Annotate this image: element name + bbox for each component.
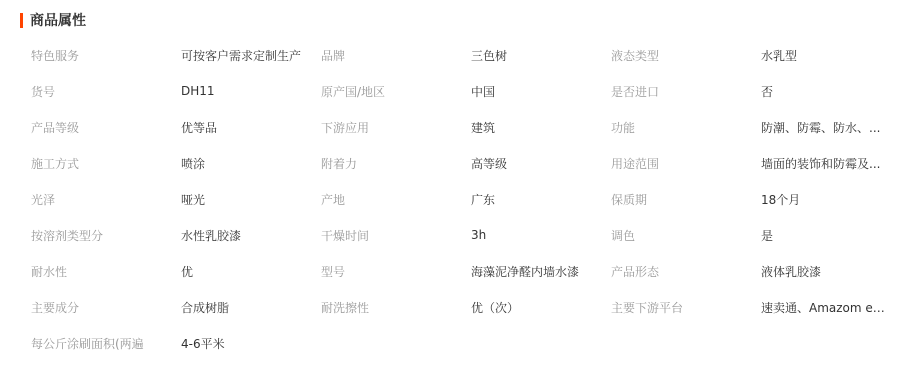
attribute-value: 优（次） bbox=[471, 299, 596, 316]
attribute-label: 用途范围 bbox=[611, 155, 761, 172]
attribute-value: 水性乳胶漆 bbox=[181, 227, 306, 244]
attribute-value: 建筑 bbox=[471, 119, 596, 136]
attribute-row: 光泽 哑光 产地 广东 保质期 18个月 bbox=[31, 181, 901, 217]
attribute-item: 特色服务 可按客户需求定制生产 bbox=[31, 47, 321, 64]
attribute-label: 干燥时间 bbox=[321, 227, 471, 244]
attribute-label: 施工方式 bbox=[31, 155, 181, 172]
attribute-item: 每公斤涂刷面积(两遍 4-6平米 bbox=[31, 335, 326, 352]
attribute-value: 喷涂 bbox=[181, 155, 306, 172]
attribute-row: 主要成分 合成树脂 耐洗擦性 优（次） 主要下游平台 速卖通、Amazom eB… bbox=[31, 289, 901, 325]
attribute-value: 墙面的装饰和防霉及... bbox=[761, 155, 891, 172]
attribute-item: 用途范围 墙面的装饰和防霉及... bbox=[611, 155, 901, 172]
attribute-value: 水乳型 bbox=[761, 47, 891, 64]
attribute-label: 产地 bbox=[321, 191, 471, 208]
attribute-item: 是否进口 否 bbox=[611, 83, 901, 100]
attribute-value: 海藻泥净醛内墙水漆 bbox=[471, 263, 596, 280]
attribute-item: 施工方式 喷涂 bbox=[31, 155, 321, 172]
attribute-item: 下游应用 建筑 bbox=[321, 119, 611, 136]
attribute-item: 功能 防潮、防霉、防水、... bbox=[611, 119, 901, 136]
attribute-row: 货号 DH11 原产国/地区 中国 是否进口 否 bbox=[31, 73, 901, 109]
attribute-value: DH11 bbox=[181, 84, 306, 98]
attribute-label: 耐洗擦性 bbox=[321, 299, 471, 316]
attribute-item: 干燥时间 3h bbox=[321, 227, 611, 244]
attribute-label: 按溶剂类型分 bbox=[31, 227, 181, 244]
attribute-item: 附着力 高等级 bbox=[321, 155, 611, 172]
attribute-label: 调色 bbox=[611, 227, 761, 244]
attribute-label: 产品等级 bbox=[31, 119, 181, 136]
attribute-label: 货号 bbox=[31, 83, 181, 100]
attribute-value: 哑光 bbox=[181, 191, 306, 208]
attribute-item: 产品形态 液体乳胶漆 bbox=[611, 263, 901, 280]
accent-bar bbox=[20, 13, 23, 28]
attribute-item: 产地 广东 bbox=[321, 191, 611, 208]
attribute-label: 品牌 bbox=[321, 47, 471, 64]
attribute-label: 特色服务 bbox=[31, 47, 181, 64]
attribute-value: 18个月 bbox=[761, 191, 891, 208]
attributes-grid: 特色服务 可按客户需求定制生产 品牌 三色树 液态类型 水乳型 货号 DH11 … bbox=[31, 37, 901, 361]
attribute-value: 合成树脂 bbox=[181, 299, 306, 316]
attribute-label: 保质期 bbox=[611, 191, 761, 208]
attribute-item: 货号 DH11 bbox=[31, 83, 321, 100]
attribute-label: 是否进口 bbox=[611, 83, 761, 100]
attribute-label: 耐水性 bbox=[31, 263, 181, 280]
attribute-value: 3h bbox=[471, 228, 596, 242]
attribute-row: 按溶剂类型分 水性乳胶漆 干燥时间 3h 调色 是 bbox=[31, 217, 901, 253]
attribute-label: 型号 bbox=[321, 263, 471, 280]
attribute-value: 三色树 bbox=[471, 47, 596, 64]
attribute-value: 优等品 bbox=[181, 119, 306, 136]
attribute-item: 调色 是 bbox=[611, 227, 901, 244]
attribute-label: 功能 bbox=[611, 119, 761, 136]
attribute-item: 产品等级 优等品 bbox=[31, 119, 321, 136]
attribute-value: 4-6平米 bbox=[181, 335, 306, 352]
attribute-value: 可按客户需求定制生产 bbox=[181, 47, 306, 64]
attribute-row: 施工方式 喷涂 附着力 高等级 用途范围 墙面的装饰和防霉及... bbox=[31, 145, 901, 181]
attribute-value: 速卖通、Amazom eB... bbox=[761, 299, 891, 316]
attribute-value: 否 bbox=[761, 83, 891, 100]
attribute-item: 型号 海藻泥净醛内墙水漆 bbox=[321, 263, 611, 280]
attribute-row: 特色服务 可按客户需求定制生产 品牌 三色树 液态类型 水乳型 bbox=[31, 37, 901, 73]
section-title: 商品属性 bbox=[30, 10, 86, 30]
attribute-label: 主要成分 bbox=[31, 299, 181, 316]
attribute-item: 液态类型 水乳型 bbox=[611, 47, 901, 64]
attribute-item: 按溶剂类型分 水性乳胶漆 bbox=[31, 227, 321, 244]
attribute-value: 是 bbox=[761, 227, 891, 244]
attribute-item: 品牌 三色树 bbox=[321, 47, 611, 64]
attribute-label: 光泽 bbox=[31, 191, 181, 208]
product-attributes-section: 商品属性 特色服务 可按客户需求定制生产 品牌 三色树 液态类型 水乳型 货号 … bbox=[0, 0, 909, 366]
attribute-label: 主要下游平台 bbox=[611, 299, 761, 316]
attribute-label: 每公斤涂刷面积(两遍 bbox=[31, 335, 181, 352]
attribute-row: 产品等级 优等品 下游应用 建筑 功能 防潮、防霉、防水、... bbox=[31, 109, 901, 145]
attribute-value: 优 bbox=[181, 263, 306, 280]
attribute-item: 耐水性 优 bbox=[31, 263, 321, 280]
attribute-row: 每公斤涂刷面积(两遍 4-6平米 bbox=[31, 325, 901, 361]
section-header: 商品属性 bbox=[20, 10, 86, 30]
attribute-item: 光泽 哑光 bbox=[31, 191, 321, 208]
attribute-item: 耐洗擦性 优（次） bbox=[321, 299, 611, 316]
attribute-label: 下游应用 bbox=[321, 119, 471, 136]
attribute-item: 主要成分 合成树脂 bbox=[31, 299, 321, 316]
attribute-value: 广东 bbox=[471, 191, 596, 208]
attribute-value: 中国 bbox=[471, 83, 596, 100]
attribute-label: 原产国/地区 bbox=[321, 83, 471, 100]
attribute-row: 耐水性 优 型号 海藻泥净醛内墙水漆 产品形态 液体乳胶漆 bbox=[31, 253, 901, 289]
attribute-item: 原产国/地区 中国 bbox=[321, 83, 611, 100]
attribute-value: 液体乳胶漆 bbox=[761, 263, 891, 280]
attribute-label: 产品形态 bbox=[611, 263, 761, 280]
attribute-item: 保质期 18个月 bbox=[611, 191, 901, 208]
attribute-label: 附着力 bbox=[321, 155, 471, 172]
attribute-label: 液态类型 bbox=[611, 47, 761, 64]
attribute-item: 主要下游平台 速卖通、Amazom eB... bbox=[611, 299, 901, 316]
attribute-value: 防潮、防霉、防水、... bbox=[761, 119, 891, 136]
attribute-value: 高等级 bbox=[471, 155, 596, 172]
